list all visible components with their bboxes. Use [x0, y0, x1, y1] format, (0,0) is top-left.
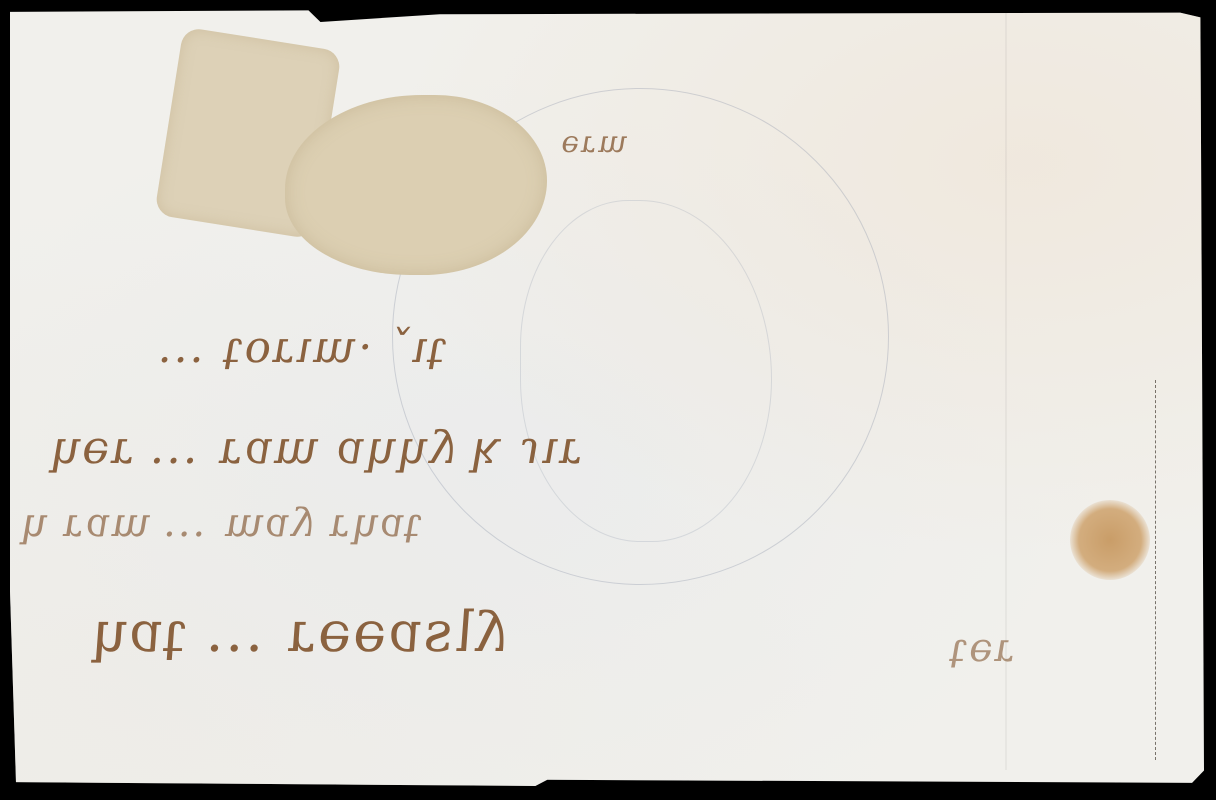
mirrored-handwriting-line: ʎlsɐǝǝɹ ... ʇɐɥ [81, 600, 515, 665]
paper-edge-perforation [1155, 380, 1157, 760]
mirrored-handwriting-line: ʇıˇ ·ɯıɹoʇ ... [151, 322, 457, 373]
ink-stain [1070, 500, 1150, 580]
adhesive-stain-round [285, 95, 547, 275]
mirrored-handwriting-line: ʇɐɥɹ ʎɐɯ ... ɯɐɹ ɥ [12, 500, 431, 546]
mirrored-handwriting-line: ɯɹǝ [554, 125, 634, 160]
mirrored-handwriting-line: ɹıɾ ʞ ʎɥɥɐ ɯɐɹ ... ɹǝɥ [40, 420, 594, 474]
